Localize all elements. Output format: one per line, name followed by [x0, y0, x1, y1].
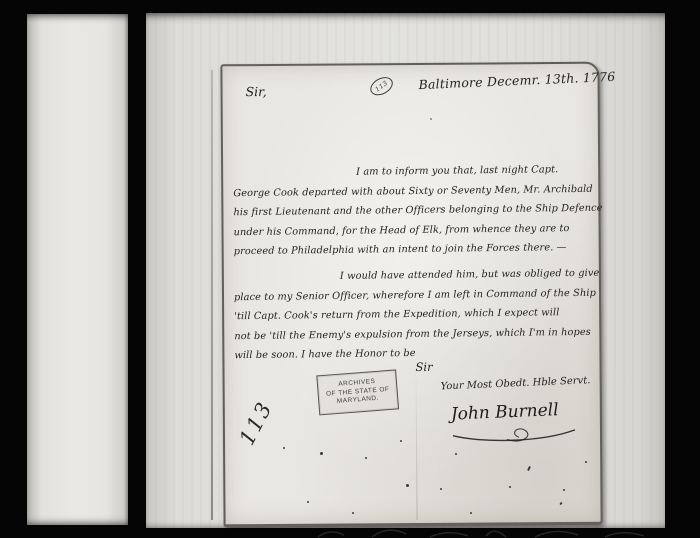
bottom-partial-writing [310, 524, 660, 538]
page-fold-line [415, 365, 417, 520]
archive-stamp-line: MARYLAND. [337, 395, 380, 406]
oval-page-number: 113 [374, 79, 390, 94]
archive-stamp: ARCHIVES OF THE STATE OF MARYLAND. [316, 369, 399, 415]
letter-page: 113 Baltimore Decemr. 13th. 1776 Sir, I … [220, 62, 602, 528]
signature-flourish [449, 426, 581, 445]
ink-speck [320, 452, 323, 455]
letter-paragraph-1: I am to inform you that, last night Capt… [233, 161, 602, 262]
letter-line: proceed to Philadelphia with an intent t… [234, 238, 602, 262]
margin-page-number: 113 [235, 397, 278, 449]
oval-page-number-stamp: 113 [367, 73, 396, 98]
ink-speck [470, 512, 472, 514]
page-under-edge [211, 70, 213, 520]
facing-page-strip [27, 14, 128, 525]
complimentary-close: Your Most Obedt. Hble Servt. [440, 375, 590, 392]
closing-address: Sir [415, 360, 432, 374]
ink-speck [406, 484, 409, 487]
ink-speck [430, 118, 432, 120]
dateline: Baltimore Decemr. 13th. 1776 [418, 70, 598, 93]
ink-speck [352, 512, 354, 514]
ink-speck [455, 453, 457, 455]
letter-paragraph-2: I would have attended him, but was oblig… [234, 265, 603, 366]
ink-speck [509, 486, 511, 488]
salutation: Sir, [246, 84, 267, 99]
ink-speck [365, 457, 367, 459]
ink-speck [563, 489, 565, 491]
signature: John Burnell [450, 400, 559, 424]
ink-speck [440, 488, 442, 490]
ink-speck [585, 461, 587, 463]
ink-speck [307, 501, 309, 503]
ink-speck [283, 447, 285, 449]
ink-speck [400, 440, 402, 442]
scan-background: 113 Baltimore Decemr. 13th. 1776 Sir, I … [0, 0, 700, 538]
